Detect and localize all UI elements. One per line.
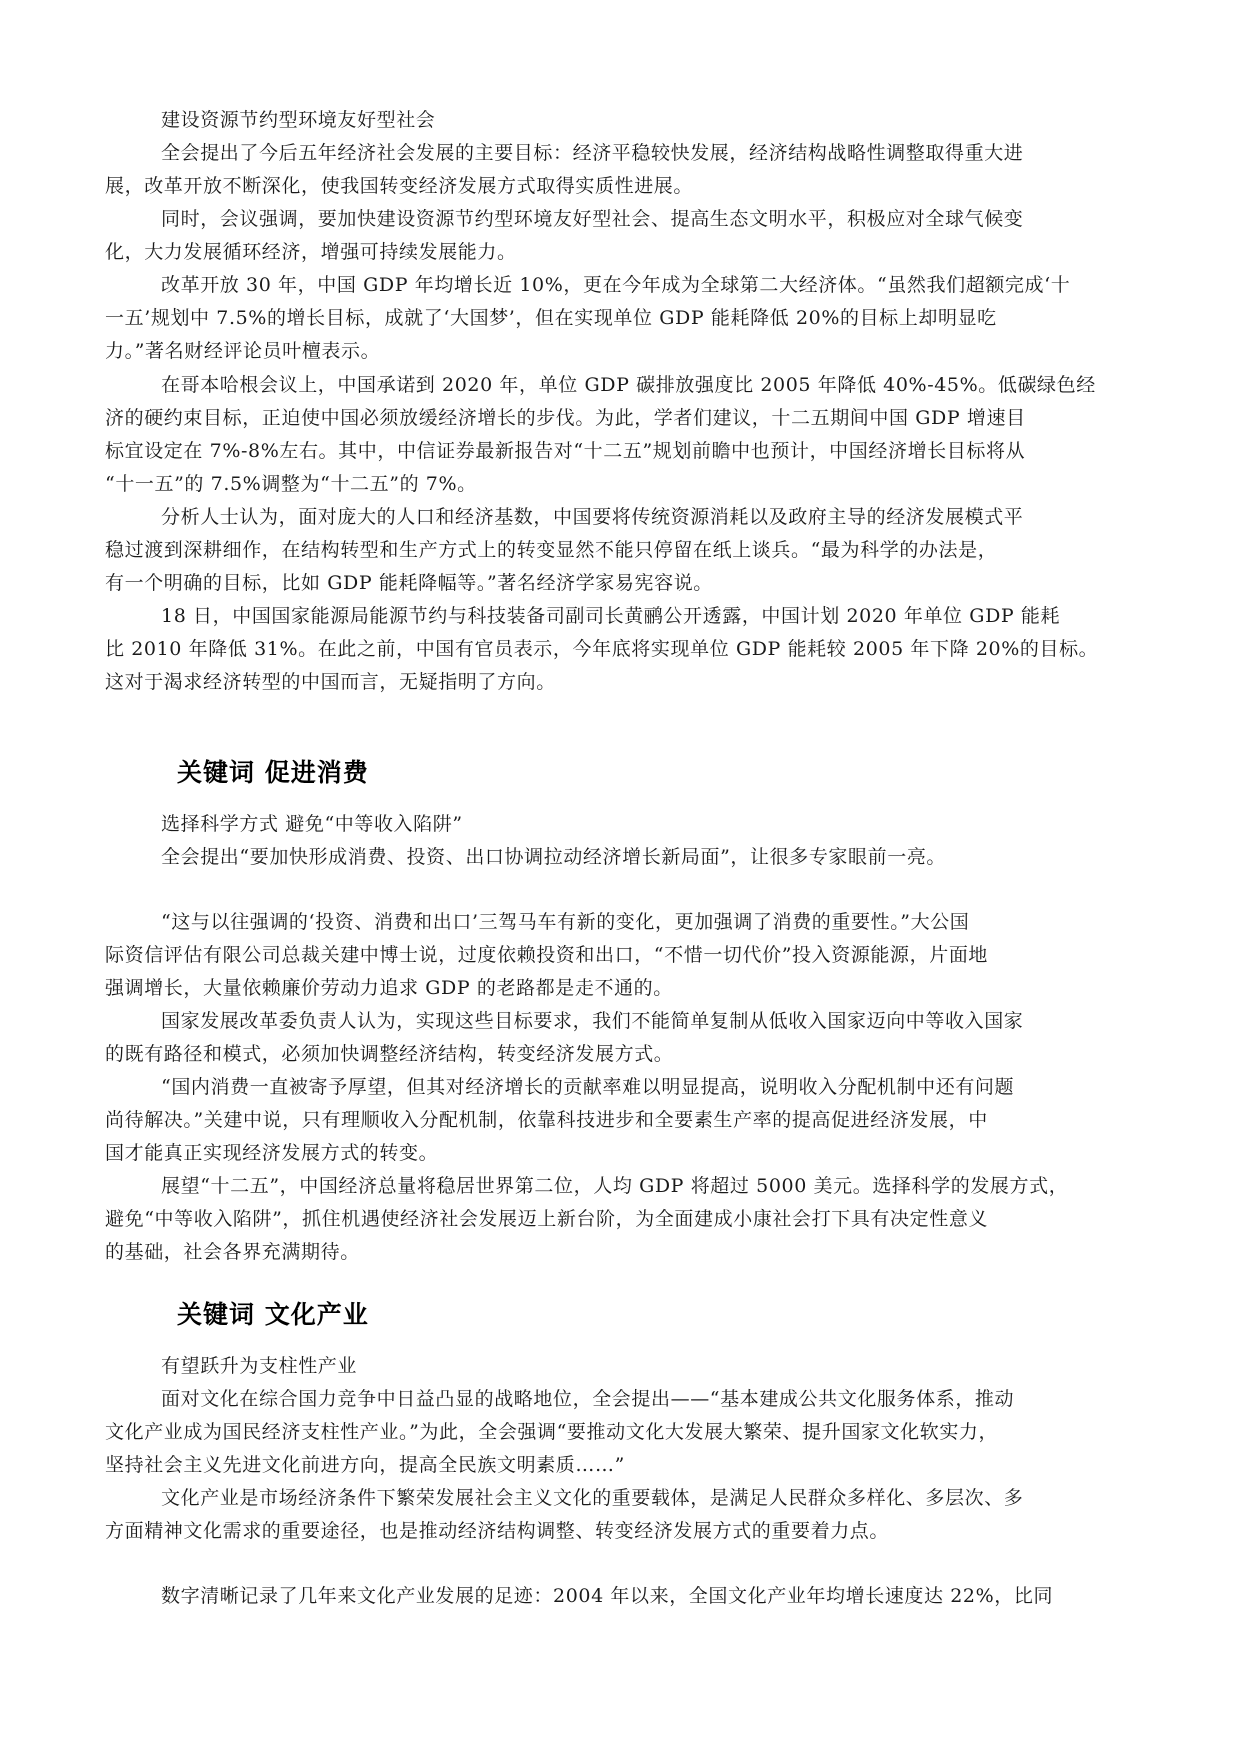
paragraph-line: 文化产业是市场经济条件下繁荣发展社会主义文化的重要载体，是满足人民群众多样化、多… (161, 1486, 1023, 1510)
paragraph-line: “十一五”的 7.5%调整为“十二五”的 7%。 (105, 472, 477, 496)
paragraph-line: 在哥本哈根会议上，中国承诺到 2020 年，单位 GDP 碳排放强度比 2005… (161, 373, 1096, 397)
paragraph-line: 尚待解决。”关建中说，只有理顺收入分配机制，依靠科技进步和全要素生产率的提高促进… (105, 1108, 988, 1132)
paragraph-line: 一五’规划中 7.5%的增长目标，成就了‘大国梦’，但在实现单位 GDP 能耗降… (105, 306, 997, 330)
paragraph-line: 改革开放 30 年，中国 GDP 年均增长近 10%，更在今年成为全球第二大经济… (161, 273, 1070, 297)
paragraph-line: 展，改革开放不断深化，使我国转变经济发展方式取得实质性进展。 (105, 174, 693, 198)
paragraph-line: 化，大力发展循环经济，增强可持续发展能力。 (105, 240, 517, 264)
section-subtitle: 选择科学方式 避免“中等收入陷阱” (161, 812, 463, 836)
paragraph-line: 国家发展改革委负责人认为，实现这些目标要求，我们不能简单复制从低收入国家迈向中等… (161, 1009, 1023, 1033)
paragraph-line: 同时，会议强调，要加快建设资源节约型环境友好型社会、提高生态文明水平，积极应对全… (161, 207, 1023, 231)
paragraph-line: 际资信评估有限公司总裁关建中博士说，过度依赖投资和出口，“不惜一切代价”投入资源… (105, 943, 988, 967)
paragraph-line: 国才能真正实现经济发展方式的转变。 (105, 1141, 438, 1165)
paragraph-line: 的既有路径和模式，必须加快调整经济结构，转变经济发展方式。 (105, 1042, 673, 1066)
paragraph-line: 避免“中等收入陷阱”，抓住机遇使经济社会发展迈上新台阶，为全面建成小康社会打下具… (105, 1207, 988, 1231)
paragraph-line: 全会提出了今后五年经济社会发展的主要目标：经济平稳较快发展，经济结构战略性调整取… (161, 141, 1023, 165)
paragraph-line: 文化产业成为国民经济支柱性产业。”为此，全会强调“要推动文化大发展大繁荣、提升国… (105, 1420, 998, 1444)
paragraph-line: 稳过渡到深耕细作，在结构转型和生产方式上的转变显然不能只停留在纸上谈兵。“最为科… (105, 538, 997, 562)
paragraph-line: 标宜设定在 7%-8%左右。其中，中信证券最新报告对“十二五”规划前瞻中也预计，… (105, 439, 1025, 463)
paragraph-line: 方面精神文化需求的重要途径，也是推动经济结构调整、转变经济发展方式的重要着力点。 (105, 1519, 889, 1543)
paragraph-line: 比 2010 年降低 31%。在此之前，中国有官员表示，今年底将实现单位 GDP… (105, 637, 1098, 661)
paragraph-line: 这对于渴求经济转型的中国而言，无疑指明了方向。 (105, 670, 556, 694)
section-subtitle: 建设资源节约型环境友好型社会 (161, 108, 435, 132)
paragraph-line: 数字清晰记录了几年来文化产业发展的足迹：2004 年以来，全国文化产业年均增长速… (161, 1584, 1053, 1608)
paragraph-line: 全会提出“要加快形成消费、投资、出口协调拉动经济增长新局面”，让很多专家眼前一亮… (161, 845, 946, 869)
paragraph-line: “这与以往强调的‘投资、消费和出口’三驾马车有新的变化，更加强调了消费的重要性。… (161, 910, 969, 934)
paragraph-line: 坚持社会主义先进文化前进方向，提高全民族文明素质……” (105, 1453, 625, 1477)
section-subtitle: 有望跃升为支柱性产业 (161, 1354, 357, 1378)
paragraph-line: 济的硬约束目标，正迫使中国必须放缓经济增长的步伐。为此，学者们建议，十二五期间中… (105, 406, 1026, 430)
paragraph-line: 18 日，中国国家能源局能源节约与科技装备司副司长黄鹂公开透露，中国计划 202… (161, 604, 1060, 628)
paragraph-line: 面对文化在综合国力竞争中日益凸显的战略地位，全会提出——“基本建成公共文化服务体… (161, 1387, 1014, 1411)
paragraph-line: 力。”著名财经评论员叶檀表示。 (105, 339, 380, 363)
paragraph-line: 强调增长，大量依赖廉价劳动力追求 GDP 的老路都是走不通的。 (105, 976, 673, 1000)
section-heading-consumption: 关键词 促进消费 (177, 758, 369, 788)
paragraph-line: 分析人士认为，面对庞大的人口和经济基数，中国要将传统资源消耗以及政府主导的经济发… (161, 505, 1023, 529)
paragraph-line: “国内消费一直被寄予厚望，但其对经济增长的贡献率难以明显提高，说明收入分配机制中… (161, 1075, 1014, 1099)
paragraph-line: 有一个明确的目标，比如 GDP 能耗降幅等。”著名经济学家易宪容说。 (105, 571, 713, 595)
paragraph-line: 展望“十二五”，中国经济总量将稳居世界第二位，人均 GDP 将超过 5000 美… (161, 1174, 1068, 1198)
paragraph-line: 的基础，社会各界充满期待。 (105, 1240, 360, 1264)
section-heading-culture-industry: 关键词 文化产业 (177, 1300, 369, 1330)
